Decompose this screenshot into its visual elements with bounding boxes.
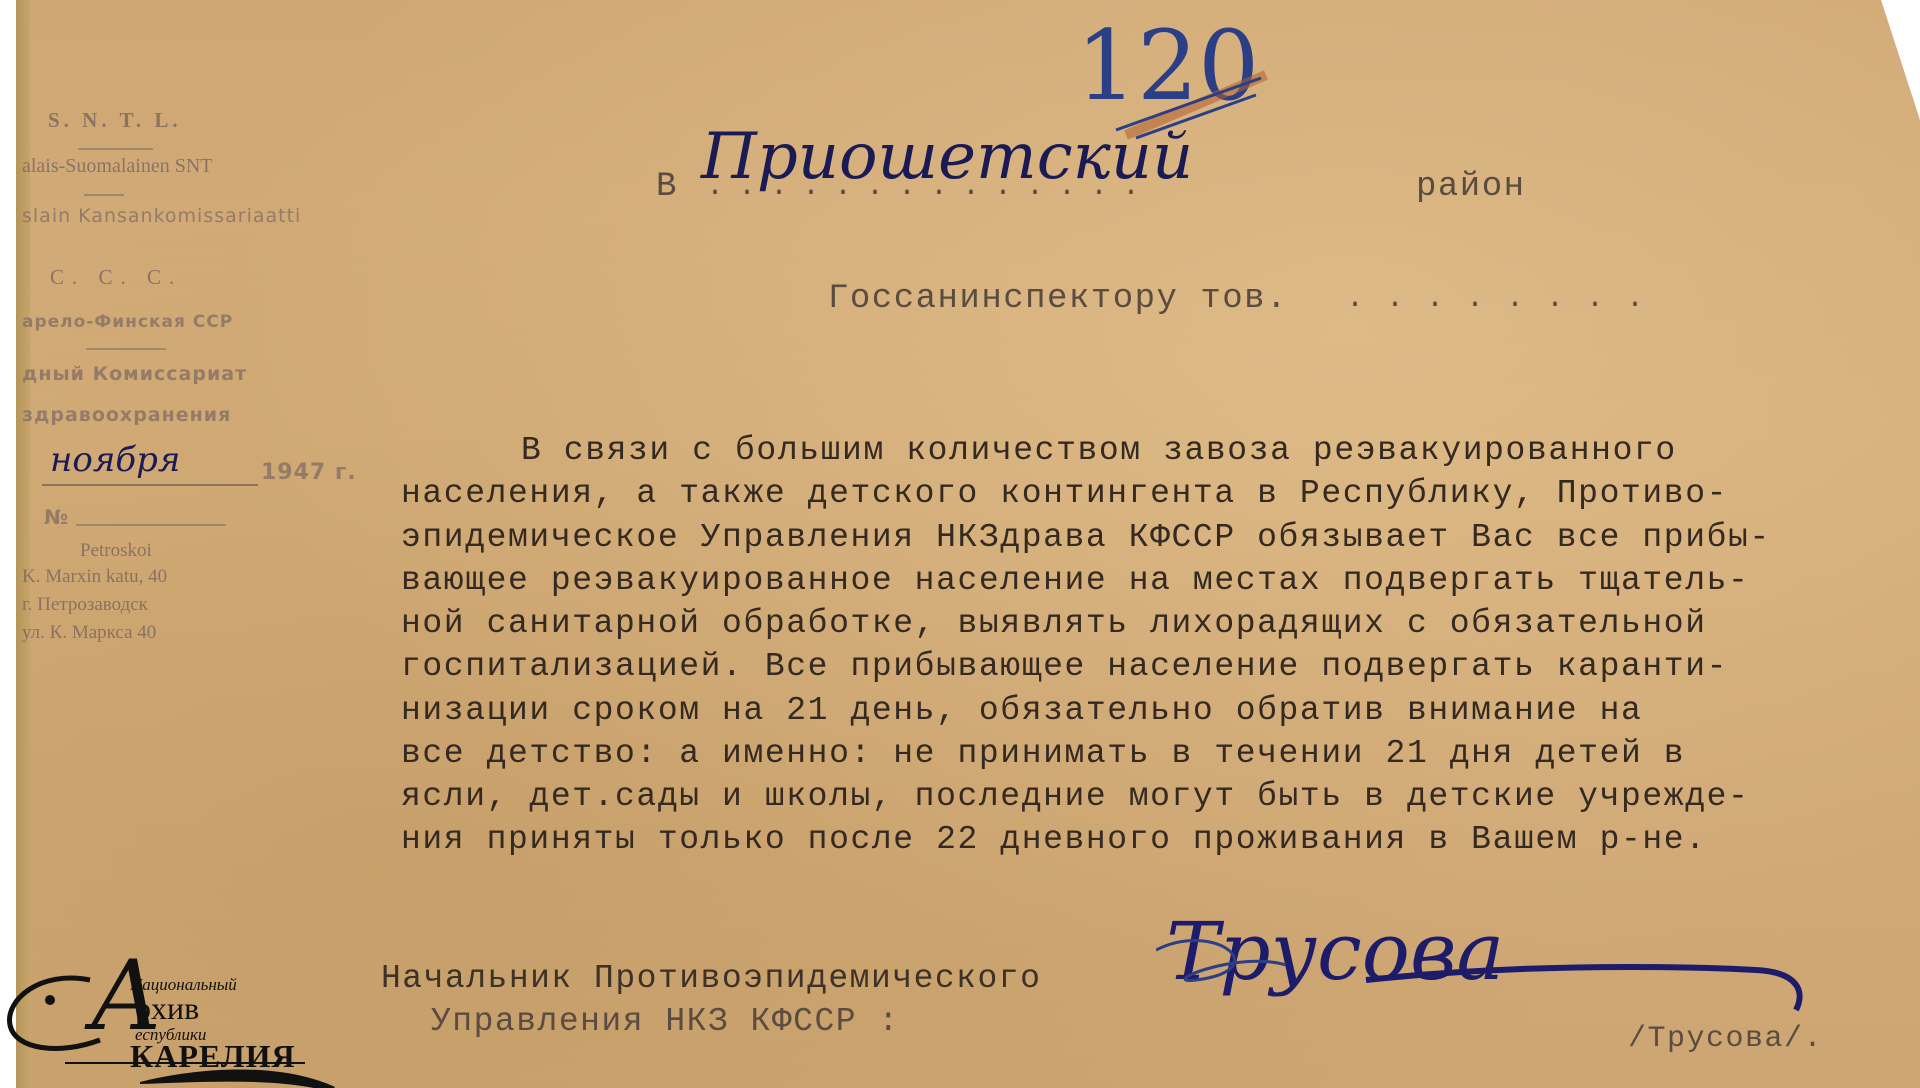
archive-logo-line-2: рхив <box>135 990 199 1027</box>
letterhead-line-3: slain Kansankomissariaatti <box>22 205 301 227</box>
signatory-title-line-2: Управления НКЗ КФССР : <box>431 1003 900 1040</box>
signature-flourish <box>1156 910 1856 1030</box>
body-line: населения, а также детского контингента … <box>401 475 1728 512</box>
address-district-suffix: район <box>1416 168 1526 206</box>
archive-logo-flourish-icon <box>0 970 110 1060</box>
letterhead-city-fi: Petroskoi <box>80 540 152 562</box>
body-line: ния приняты только после 22 дневного про… <box>401 821 1707 858</box>
letterhead-line-1: S. N. T. L. <box>48 108 182 133</box>
body-line: низации сроком на 21 день, обязательно о… <box>401 692 1642 729</box>
letterhead-city-ru: г. Петрозаводск <box>22 594 148 616</box>
letterhead-address-ru: ул. К. Маркса 40 <box>22 622 156 644</box>
date-year: 1947 г. <box>261 460 357 485</box>
body-line: вающее реэвакуированное население на мес… <box>401 562 1749 599</box>
letterhead-address-fi: K. Marxin katu, 40 <box>22 566 167 588</box>
address-fill-dots: .............. <box>706 170 1154 204</box>
quill-feather-icon <box>140 1062 340 1088</box>
letterhead-line-5: арело-Финская ССР <box>22 312 233 332</box>
recipient-line: Госсанинспектору тов. <box>828 280 1288 318</box>
body-line: госпитализацией. Все прибывающее населен… <box>401 648 1728 685</box>
letterhead-divider <box>86 348 166 350</box>
body-line: все детство: а именно: не принимать в те… <box>401 735 1685 772</box>
handwritten-date-month: ноября <box>50 440 180 480</box>
body-line: В связи с большим количеством завоза реэ… <box>521 432 1677 469</box>
address-prefix: В <box>656 168 678 206</box>
year-value: 1947 <box>261 460 326 485</box>
letterhead-line-2: alais-Suomalainen SNT <box>22 155 213 178</box>
letterhead-divider <box>78 148 153 150</box>
body-line: ясли, дет.сады и школы, последние могут … <box>401 778 1749 815</box>
body-line: ной санитарной обработке, выявлять лихор… <box>401 605 1707 642</box>
signatory-title-line-1: Начальник Противоэпидемического <box>381 960 1041 997</box>
date-underline <box>42 484 258 486</box>
archive-logo: А Национальный рхив еспублики КАРЕЛИЯ <box>0 950 340 1088</box>
year-suffix: г. <box>335 460 357 485</box>
body-line: эпидемическое Управления НКЗдрава КФССР … <box>401 519 1771 556</box>
archival-document-page: S. N. T. L. alais-Suomalainen SNT slain … <box>16 0 1920 1088</box>
signatory-printed-name: /Трусова/. <box>1628 1022 1823 1056</box>
recipient-fill-dots: ........ <box>1346 282 1666 316</box>
letterhead-line-4: С. С. С. <box>50 265 182 290</box>
letterhead-line-7: здравоохранения <box>22 404 231 426</box>
letterhead-divider <box>84 194 124 196</box>
number-underline <box>76 524 226 526</box>
number-label: № <box>44 505 69 529</box>
letterhead-line-6: дный Комиссариат <box>22 363 247 385</box>
